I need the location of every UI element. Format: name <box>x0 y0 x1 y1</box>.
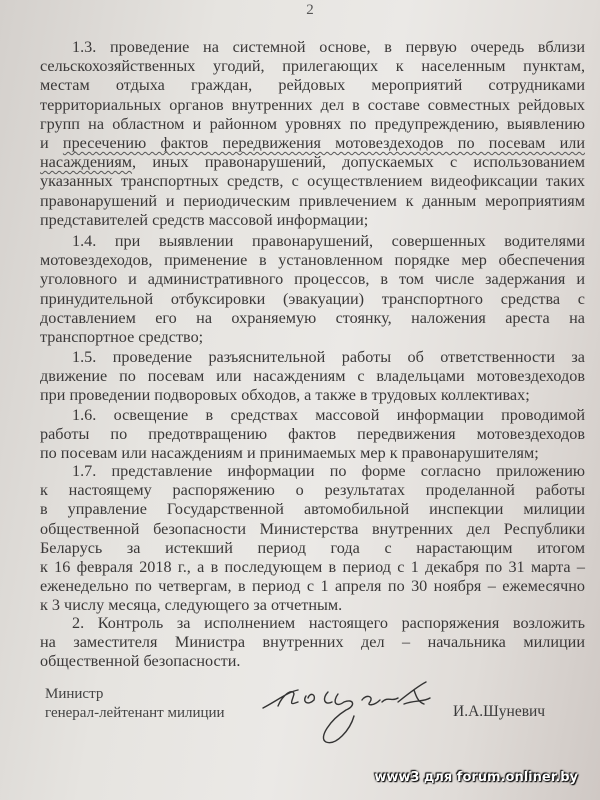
watermark: www3 для forum.onliner.by <box>374 770 578 785</box>
text-line: местам отдыха граждан, рейдовых мероприя… <box>40 76 585 95</box>
text-line: 1.6. освещение в средствах массовой инфо… <box>40 406 585 425</box>
handwritten-signature-icon <box>258 680 448 750</box>
paragraph-1-3: 1.3. проведение на системной основе, в п… <box>40 38 585 230</box>
text-line: транспортное средство; <box>40 328 585 347</box>
text-line: территориальных органов внутренних дел в… <box>40 96 585 115</box>
text-line: в управление Государственной автомобильн… <box>40 500 585 519</box>
text-line: 1.4. при выявлении правонарушений, совер… <box>40 232 585 251</box>
text-line: общественной безопасности. <box>40 652 585 671</box>
text-line: 1.5. проведение разъяснительной работы о… <box>40 348 585 367</box>
text-line: еженедельно по четвергам, в период с 1 а… <box>40 577 585 596</box>
text-line: к 3 числу месяца, следующего за отчетным… <box>40 596 585 615</box>
page-number: 2 <box>0 2 600 19</box>
underlined-phrase: насаждениям <box>40 153 132 171</box>
text-line: указанных транспортных средств, с осущес… <box>40 172 585 191</box>
text-line: правонарушений и периодическим привлечен… <box>40 192 585 211</box>
text-line: уголовного и административного процессов… <box>40 270 585 289</box>
signer-rank: генерал-лейтенант милиции <box>45 704 225 723</box>
signer-name: И.А.Шуневич <box>453 703 545 721</box>
text-line: 1.7. представление информации по форме с… <box>40 462 585 481</box>
text-line: сельскохозяйственных угодий, прилегающих… <box>40 57 585 76</box>
signature-block: Министр генерал-лейтенант милиции <box>45 685 225 723</box>
text-line: по посевам или насаждениям и принимаемых… <box>40 444 585 463</box>
text-line: 1.3. проведение на системной основе, в п… <box>40 38 585 57</box>
text-line: доставлением его на охраняемую стоянку, … <box>40 309 585 328</box>
text-line: 2. Контроль за исполнением настоящего ра… <box>40 614 585 633</box>
document-page: 2 1.3. проведение на системной основе, в… <box>0 0 600 800</box>
text-line: к настоящему распоряжению о результатах … <box>40 481 585 500</box>
paragraph-2: 2. Контроль за исполнением настоящего ра… <box>40 614 585 672</box>
text-line: Беларусь за истекший период года с нарас… <box>40 539 585 558</box>
text-line: общественной безопасности Министерства в… <box>40 520 585 539</box>
text-line-underlined: и пресечению фактов передвижения мотовез… <box>40 134 585 153</box>
text-line: движение по посевам или насаждениям с вл… <box>40 367 585 386</box>
text-line: на заместителя Министра внутренних дел –… <box>40 633 585 652</box>
paragraph-1-7: 1.7. представление информации по форме с… <box>40 462 585 616</box>
text-line: мотовездеходов, применение в установленн… <box>40 251 585 270</box>
underlined-phrase: пресечению фактов передвижения мотовезде… <box>63 134 585 152</box>
text-line: принудительной отбуксировки (эвакуации) … <box>40 290 585 309</box>
paragraph-1-4: 1.4. при выявлении правонарушений, совер… <box>40 232 585 347</box>
text-line: представителей средств массовой информац… <box>40 211 585 230</box>
text-line: работы по предотвращению фактов передвиж… <box>40 425 585 444</box>
text-line: групп на областном и районном уровнях по… <box>40 115 585 134</box>
paragraph-1-6: 1.6. освещение в средствах массовой инфо… <box>40 406 585 464</box>
text-line: к 16 февраля 2018 г., а в последующем в … <box>40 558 585 577</box>
paragraph-1-5: 1.5. проведение разъяснительной работы о… <box>40 348 585 406</box>
signer-title: Министр <box>45 685 225 704</box>
text-line-underlined: насаждениям, иных правонарушений, допуск… <box>40 153 585 172</box>
text-line: при проведении подворовых обходов, а так… <box>40 386 585 405</box>
